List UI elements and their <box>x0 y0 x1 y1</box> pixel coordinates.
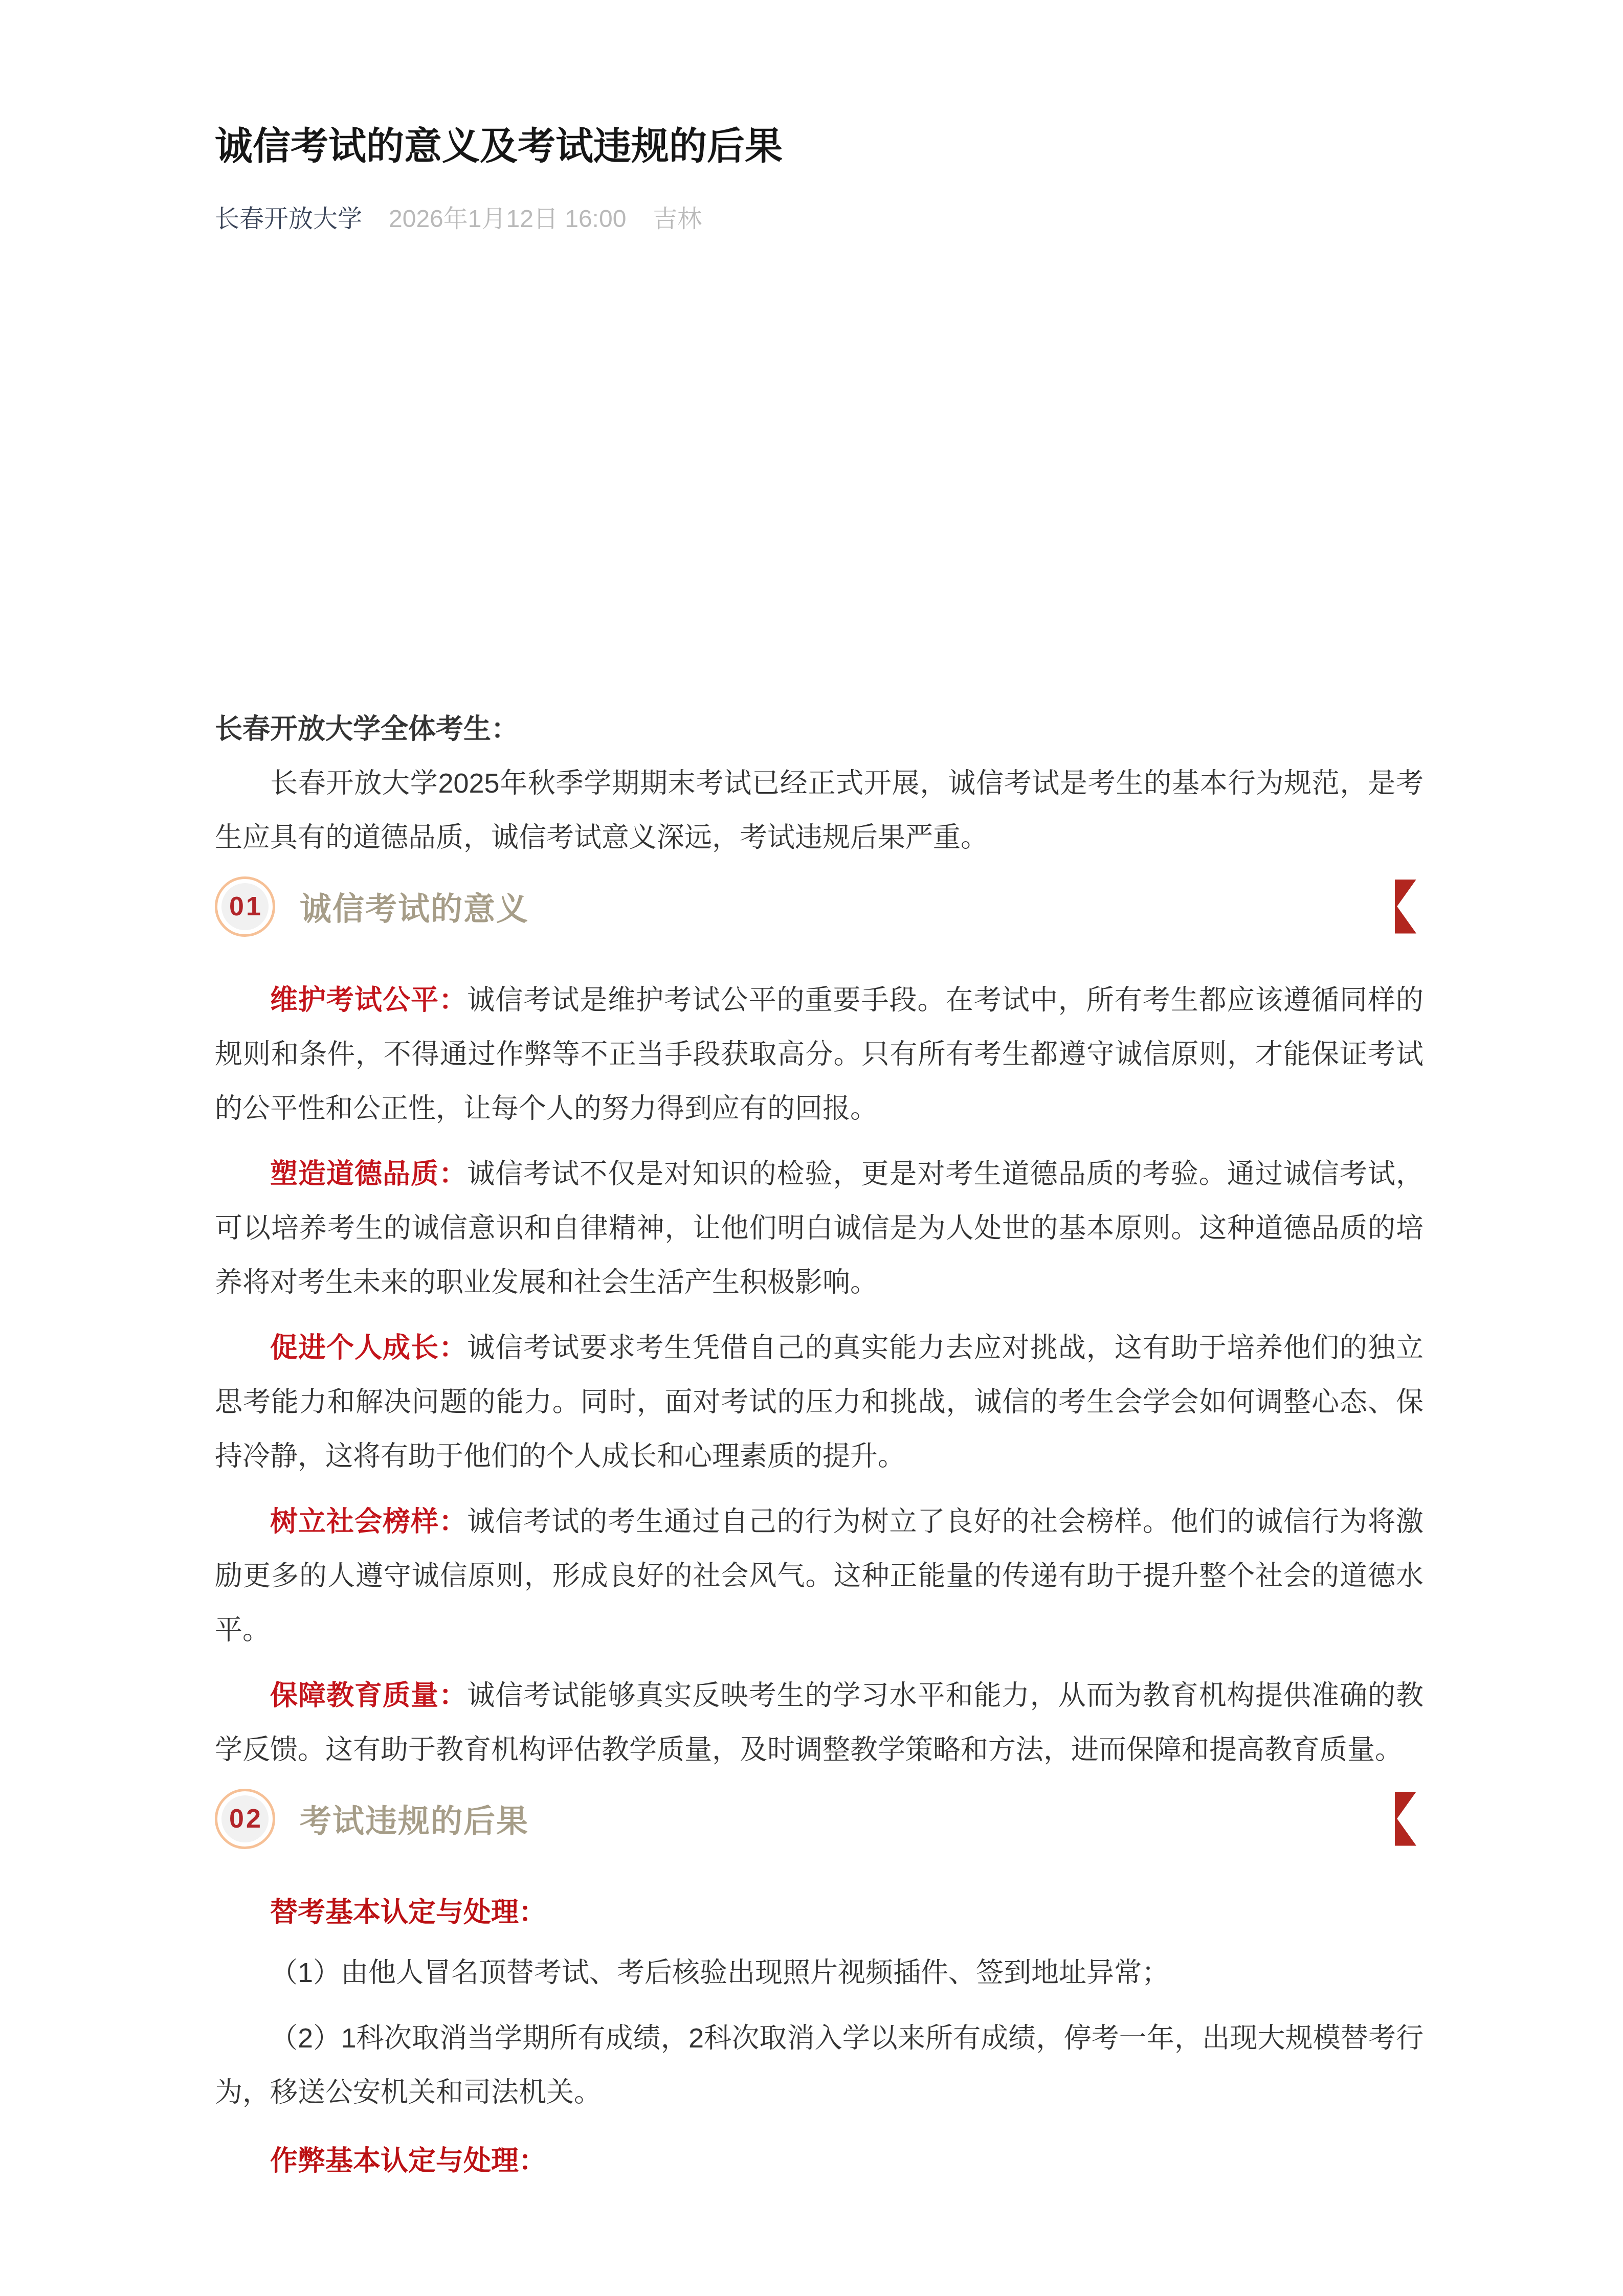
section-number: 01 <box>229 891 263 922</box>
page-title: 诚信考试的意义及考试违规的后果 <box>215 0 1424 170</box>
article-page: 诚信考试的意义及考试违规的后果 长春开放大学 2026年1月12日 16:00 … <box>0 0 1623 2296</box>
section-2-title: 考试违规的后果 <box>300 1796 529 1841</box>
article-content: 诚信考试的意义及考试违规的后果 长春开放大学 2026年1月12日 16:00 … <box>215 0 1424 2194</box>
account-name-link[interactable]: 长春开放大学 <box>215 199 362 234</box>
paragraph: 树立社会榜样：诚信考试的考生通过自己的行为树立了良好的社会榜样。他们的诚信行为将… <box>215 1495 1424 1657</box>
section-number-badge-disc: 01 <box>221 883 269 930</box>
publish-location: 吉林 <box>653 199 702 234</box>
paragraph-lead: 维护考试公平： <box>270 985 467 1016</box>
salutation: 长春开放大学全体考生： <box>215 702 1424 756</box>
section-number-badge-disc: 02 <box>221 1795 269 1842</box>
paragraph: 保障教育质量：诚信考试能够真实反映考生的学习水平和能力，从而为教育机构提供准确的… <box>215 1669 1424 1777</box>
paragraph: 塑造道德品质：诚信考试不仅是对知识的检验，更是对考生道德品质的考验。通过诚信考试… <box>215 1147 1424 1310</box>
ribbon-flag-icon <box>1395 880 1416 934</box>
ribbon-flag-icon <box>1395 1792 1416 1846</box>
publish-date: 2026年1月12日 16:00 <box>389 199 626 234</box>
article-meta: 长春开放大学 2026年1月12日 16:00 吉林 <box>215 199 1424 234</box>
paragraph-lead: 树立社会榜样： <box>270 1506 467 1537</box>
section-1-header: 01 诚信考试的意义 <box>215 876 1424 937</box>
section-2-header: 02 考试违规的后果 <box>215 1788 1424 1850</box>
paragraph: 促进个人成长：诚信考试要求考生凭借自己的真实能力去应对挑战，这有助于培养他们的独… <box>215 1321 1424 1483</box>
list-item: （1）由他人冒名顶替考试、考后核验出现照片视频插件、签到地址异常； <box>215 1946 1424 2000</box>
section-number-badge: 01 <box>215 876 275 937</box>
sub-heading: 作弊基本认定与处理： <box>215 2134 1424 2188</box>
paragraph-lead: 塑造道德品质： <box>270 1159 467 1189</box>
sub-heading: 替考基本认定与处理： <box>215 1885 1424 1940</box>
section-1-title: 诚信考试的意义 <box>300 884 529 929</box>
paragraph-lead: 促进个人成长： <box>270 1333 467 1363</box>
paragraph-lead: 保障教育质量： <box>270 1680 467 1711</box>
blank-cover-area <box>215 234 1424 702</box>
paragraph: 维护考试公平：诚信考试是维护考试公平的重要手段。在考试中，所有考生都应该遵循同样… <box>215 973 1424 1136</box>
intro-paragraph: 长春开放大学2025年秋季学期期末考试已经正式开展，诚信考试是考生的基本行为规范… <box>215 756 1424 865</box>
section-number: 02 <box>229 1804 263 1834</box>
section-number-badge: 02 <box>215 1789 275 1849</box>
list-item: （2）1科次取消当学期所有成绩，2科次取消入学以来所有成绩，停考一年，出现大规模… <box>215 2011 1424 2120</box>
